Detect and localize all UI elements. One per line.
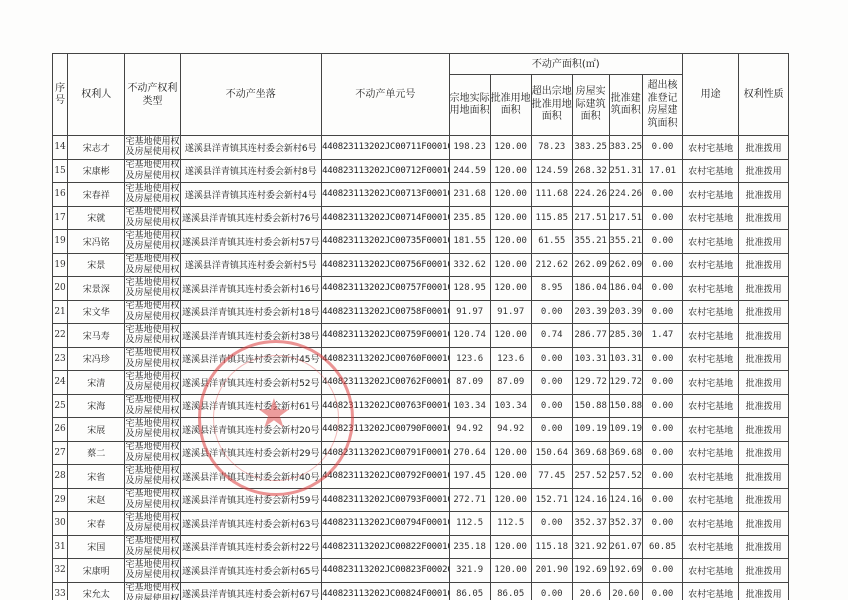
table-row: 16宋春祥宅基地使用权及房屋使用权遂溪县洋青镇其连村委会新村4号44082311…	[53, 183, 789, 207]
cell-right-type: 宅基地使用权及房屋使用权	[125, 394, 180, 418]
cell-land-actual: 235.85	[449, 206, 490, 230]
table-row: 22宋马寿宅基地使用权及房屋使用权遂溪县洋青镇其连村委会新村38号4408231…	[53, 324, 789, 348]
cell-nature: 批准拨用	[739, 441, 789, 465]
cell-land-actual: 244.59	[449, 159, 490, 183]
cell-right-type: 宅基地使用权及房屋使用权	[125, 300, 180, 324]
cell-use: 农村宅基地	[683, 465, 739, 489]
cell-building-approved: 109.19	[609, 418, 643, 442]
cell-building-approved: 261.07	[609, 535, 643, 559]
cell-land-actual: 120.74	[449, 324, 490, 348]
cell-nature: 批准拨用	[739, 206, 789, 230]
cell-unit-no: 440823113202JC00756F00010001	[322, 253, 450, 277]
cell-building-excess: 0.00	[643, 582, 683, 600]
cell-nature: 批准拨用	[739, 347, 789, 371]
cell-building-actual: 20.6	[572, 582, 609, 600]
cell-land-actual: 272.71	[449, 488, 490, 512]
cell-building-excess: 0.00	[643, 488, 683, 512]
cell-holder: 宋景深	[68, 277, 125, 301]
cell-land-approved: 120.00	[490, 253, 531, 277]
cell-holder: 宋康彬	[68, 159, 125, 183]
cell-building-actual: 217.51	[572, 206, 609, 230]
cell-land-approved: 120.00	[490, 535, 531, 559]
table-row: 30宋春宅基地使用权及房屋使用权遂溪县洋青镇其连村委会新村63号44082311…	[53, 512, 789, 536]
cell-building-excess: 0.00	[643, 465, 683, 489]
cell-use: 农村宅基地	[683, 394, 739, 418]
cell-use: 农村宅基地	[683, 183, 739, 207]
cell-building-actual: 150.88	[572, 394, 609, 418]
header-location: 不动产坐落	[180, 54, 322, 136]
cell-building-excess: 0.00	[643, 206, 683, 230]
header-area-col: 超出宗地批准用地面积	[531, 75, 572, 136]
cell-unit-no: 440823113202JC00793F00010001	[322, 488, 450, 512]
cell-land-excess: 0.00	[531, 394, 572, 418]
cell-unit-no: 440823113202JC00711F00010001	[322, 136, 450, 160]
cell-building-approved: 369.68	[609, 441, 643, 465]
cell-use: 农村宅基地	[683, 206, 739, 230]
cell-right-type: 宅基地使用权及房屋使用权	[125, 206, 180, 230]
cell-seq: 24	[53, 371, 68, 395]
cell-building-approved: 129.72	[609, 371, 643, 395]
cell-building-approved: 257.52	[609, 465, 643, 489]
cell-holder: 宋就	[68, 206, 125, 230]
cell-seq: 25	[53, 394, 68, 418]
cell-holder: 宋海	[68, 394, 125, 418]
cell-unit-no: 440823113202JC00762F00010001	[322, 371, 450, 395]
cell-location: 遂溪县洋青镇其连村委会新村4号	[180, 183, 322, 207]
cell-holder: 宋国	[68, 535, 125, 559]
table-row: 31宋国宅基地使用权及房屋使用权遂溪县洋青镇其连村委会新村22号44082311…	[53, 535, 789, 559]
cell-unit-no: 440823113202JC00822F00010001	[322, 535, 450, 559]
table-row: 26宋展宅基地使用权及房屋使用权遂溪县洋青镇其连村委会新村20号44082311…	[53, 418, 789, 442]
cell-right-type: 宅基地使用权及房屋使用权	[125, 418, 180, 442]
cell-location: 遂溪县洋青镇其连村委会新村16号	[180, 277, 322, 301]
cell-land-excess: 0.00	[531, 300, 572, 324]
cell-land-approved: 120.00	[490, 277, 531, 301]
cell-location: 遂溪县洋青镇其连村委会新村6号	[180, 136, 322, 160]
cell-building-excess: 0.00	[643, 347, 683, 371]
cell-right-type: 宅基地使用权及房屋使用权	[125, 512, 180, 536]
cell-land-approved: 120.00	[490, 488, 531, 512]
cell-building-approved: 186.04	[609, 277, 643, 301]
cell-location: 遂溪县洋青镇其连村委会新村8号	[180, 159, 322, 183]
cell-location: 遂溪县洋青镇其连村委会新村20号	[180, 418, 322, 442]
cell-unit-no: 440823113202JC00713F00010001	[322, 183, 450, 207]
cell-seq: 20	[53, 277, 68, 301]
cell-land-excess: 0.00	[531, 371, 572, 395]
cell-land-excess: 0.00	[531, 347, 572, 371]
cell-seq: 22	[53, 324, 68, 348]
cell-nature: 批准拨用	[739, 183, 789, 207]
cell-land-actual: 87.09	[449, 371, 490, 395]
cell-seq: 23	[53, 347, 68, 371]
cell-right-type: 宅基地使用权及房屋使用权	[125, 535, 180, 559]
header-area-col: 房屋实际建筑面积	[572, 75, 609, 136]
table-row: 25宋海宅基地使用权及房屋使用权遂溪县洋青镇其连村委会新村61号44082311…	[53, 394, 789, 418]
cell-land-approved: 112.5	[490, 512, 531, 536]
cell-building-excess: 0.00	[643, 441, 683, 465]
table-row: 23宋冯珍宅基地使用权及房屋使用权遂溪县洋青镇其连村委会新村45号4408231…	[53, 347, 789, 371]
cell-holder: 宋志才	[68, 136, 125, 160]
table-row: 14宋志才宅基地使用权及房屋使用权遂溪县洋青镇其连村委会新村6号44082311…	[53, 136, 789, 160]
cell-location: 遂溪县洋青镇其连村委会新村5号	[180, 253, 322, 277]
cell-unit-no: 440823113202JC00757F00010001	[322, 277, 450, 301]
scanned-document-page: 序号 权利人 不动产权利类型 不动产坐落 不动产单元号 不动产面积(㎡) 用途 …	[0, 0, 848, 600]
cell-location: 遂溪县洋青镇其连村委会新村59号	[180, 488, 322, 512]
cell-location: 遂溪县洋青镇其连村委会新村22号	[180, 535, 322, 559]
cell-building-approved: 355.21	[609, 230, 643, 254]
cell-nature: 批准拨用	[739, 159, 789, 183]
cell-land-actual: 181.55	[449, 230, 490, 254]
table-row: 21宋文华宅基地使用权及房屋使用权遂溪县洋青镇其连村委会新村18号4408231…	[53, 300, 789, 324]
cell-unit-no: 440823113202JC00794F00010001	[322, 512, 450, 536]
cell-holder: 宋冯铭	[68, 230, 125, 254]
cell-unit-no: 440823113202JC00759F00010001	[322, 324, 450, 348]
cell-holder: 宋康明	[68, 559, 125, 583]
cell-building-excess: 1.47	[643, 324, 683, 348]
cell-use: 农村宅基地	[683, 559, 739, 583]
cell-land-excess: 115.85	[531, 206, 572, 230]
cell-use: 农村宅基地	[683, 159, 739, 183]
cell-building-excess: 0.00	[643, 183, 683, 207]
cell-use: 农村宅基地	[683, 371, 739, 395]
cell-seq: 16	[53, 183, 68, 207]
cell-holder: 宋马寿	[68, 324, 125, 348]
cell-land-actual: 128.95	[449, 277, 490, 301]
cell-building-excess: 0.00	[643, 371, 683, 395]
header-area-col: 批准建筑面积	[609, 75, 643, 136]
cell-building-approved: 262.09	[609, 253, 643, 277]
cell-nature: 批准拨用	[739, 535, 789, 559]
cell-seq: 14	[53, 136, 68, 160]
cell-building-actual: 262.09	[572, 253, 609, 277]
cell-land-approved: 120.00	[490, 324, 531, 348]
cell-building-actual: 192.69	[572, 559, 609, 583]
cell-building-excess: 0.00	[643, 136, 683, 160]
cell-unit-no: 440823113202JC00823F00020001	[322, 559, 450, 583]
cell-right-type: 宅基地使用权及房屋使用权	[125, 347, 180, 371]
cell-location: 遂溪县洋青镇其连村委会新村52号	[180, 371, 322, 395]
cell-unit-no: 440823113202JC00712F00010001	[322, 159, 450, 183]
cell-seq: 27	[53, 441, 68, 465]
cell-use: 农村宅基地	[683, 253, 739, 277]
cell-nature: 批准拨用	[739, 465, 789, 489]
cell-building-actual: 257.52	[572, 465, 609, 489]
table-row: 27蔡二宅基地使用权及房屋使用权遂溪县洋青镇其连村委会新村29号44082311…	[53, 441, 789, 465]
cell-building-approved: 150.88	[609, 394, 643, 418]
table-row: 29宋赵宅基地使用权及房屋使用权遂溪县洋青镇其连村委会新村59号44082311…	[53, 488, 789, 512]
cell-building-approved: 217.51	[609, 206, 643, 230]
cell-building-excess: 0.00	[643, 512, 683, 536]
cell-location: 遂溪县洋青镇其连村委会新村63号	[180, 512, 322, 536]
header-unit-no: 不动产单元号	[322, 54, 450, 136]
cell-nature: 批准拨用	[739, 371, 789, 395]
cell-land-actual: 112.5	[449, 512, 490, 536]
cell-unit-no: 440823113202JC00791F00010001	[322, 441, 450, 465]
cell-building-actual: 203.39	[572, 300, 609, 324]
cell-building-approved: 251.31	[609, 159, 643, 183]
cell-right-type: 宅基地使用权及房屋使用权	[125, 465, 180, 489]
cell-nature: 批准拨用	[739, 324, 789, 348]
cell-land-excess: 8.95	[531, 277, 572, 301]
cell-land-approved: 123.6	[490, 347, 531, 371]
cell-holder: 宋文华	[68, 300, 125, 324]
cell-building-approved: 224.26	[609, 183, 643, 207]
cell-location: 遂溪县洋青镇其连村委会新村18号	[180, 300, 322, 324]
cell-land-approved: 120.00	[490, 441, 531, 465]
cell-location: 遂溪县洋青镇其连村委会新村76号	[180, 206, 322, 230]
cell-building-excess: 0.00	[643, 559, 683, 583]
cell-building-actual: 109.19	[572, 418, 609, 442]
cell-building-actual: 124.16	[572, 488, 609, 512]
cell-building-actual: 321.92	[572, 535, 609, 559]
cell-building-actual: 369.68	[572, 441, 609, 465]
cell-holder: 宋展	[68, 418, 125, 442]
cell-use: 农村宅基地	[683, 535, 739, 559]
header-area-group: 不动产面积(㎡)	[449, 54, 682, 75]
cell-right-type: 宅基地使用权及房屋使用权	[125, 159, 180, 183]
header-area-col: 批准用地面积	[490, 75, 531, 136]
cell-land-approved: 94.92	[490, 418, 531, 442]
cell-land-actual: 270.64	[449, 441, 490, 465]
cell-building-actual: 286.77	[572, 324, 609, 348]
cell-right-type: 宅基地使用权及房屋使用权	[125, 230, 180, 254]
cell-nature: 批准拨用	[739, 559, 789, 583]
cell-land-approved: 86.05	[490, 582, 531, 600]
cell-right-type: 宅基地使用权及房屋使用权	[125, 582, 180, 600]
cell-location: 遂溪县洋青镇其连村委会新村65号	[180, 559, 322, 583]
table-row: 33宋允太宅基地使用权及房屋使用权遂溪县洋青镇其连村委会新村67号4408231…	[53, 582, 789, 600]
cell-nature: 批准拨用	[739, 512, 789, 536]
table-row: 19宋景宅基地使用权及房屋使用权遂溪县洋青镇其连村委会新村5号440823113…	[53, 253, 789, 277]
cell-use: 农村宅基地	[683, 230, 739, 254]
cell-use: 农村宅基地	[683, 512, 739, 536]
cell-building-approved: 103.31	[609, 347, 643, 371]
cell-right-type: 宅基地使用权及房屋使用权	[125, 277, 180, 301]
cell-nature: 批准拨用	[739, 418, 789, 442]
cell-nature: 批准拨用	[739, 253, 789, 277]
cell-land-actual: 103.34	[449, 394, 490, 418]
cell-seq: 17	[53, 206, 68, 230]
cell-land-approved: 91.97	[490, 300, 531, 324]
cell-land-approved: 120.00	[490, 465, 531, 489]
cell-use: 农村宅基地	[683, 441, 739, 465]
cell-land-excess: 78.23	[531, 136, 572, 160]
cell-land-approved: 120.00	[490, 159, 531, 183]
cell-land-excess: 150.64	[531, 441, 572, 465]
cell-seq: 21	[53, 300, 68, 324]
header-nature: 权利性质	[739, 54, 789, 136]
cell-location: 遂溪县洋青镇其连村委会新村57号	[180, 230, 322, 254]
cell-location: 遂溪县洋青镇其连村委会新村38号	[180, 324, 322, 348]
cell-building-approved: 20.60	[609, 582, 643, 600]
cell-land-actual: 94.92	[449, 418, 490, 442]
cell-holder: 宋春祥	[68, 183, 125, 207]
cell-building-excess: 17.01	[643, 159, 683, 183]
cell-location: 遂溪县洋青镇其连村委会新村29号	[180, 441, 322, 465]
cell-right-type: 宅基地使用权及房屋使用权	[125, 559, 180, 583]
cell-building-excess: 0.00	[643, 277, 683, 301]
cell-land-approved: 120.00	[490, 559, 531, 583]
cell-building-actual: 224.26	[572, 183, 609, 207]
cell-land-actual: 123.6	[449, 347, 490, 371]
cell-unit-no: 440823113202JC00824F00010001	[322, 582, 450, 600]
cell-land-excess: 77.45	[531, 465, 572, 489]
property-registry-table: 序号 权利人 不动产权利类型 不动产坐落 不动产单元号 不动产面积(㎡) 用途 …	[52, 53, 789, 600]
cell-seq: 30	[53, 512, 68, 536]
cell-nature: 批准拨用	[739, 300, 789, 324]
cell-seq: 26	[53, 418, 68, 442]
cell-seq: 28	[53, 465, 68, 489]
cell-nature: 批准拨用	[739, 394, 789, 418]
header-right-type: 不动产权利类型	[125, 54, 180, 136]
cell-land-actual: 321.9	[449, 559, 490, 583]
cell-land-excess: 0.00	[531, 418, 572, 442]
cell-use: 农村宅基地	[683, 277, 739, 301]
cell-holder: 蔡二	[68, 441, 125, 465]
cell-seq: 32	[53, 559, 68, 583]
cell-land-approved: 87.09	[490, 371, 531, 395]
cell-land-actual: 197.45	[449, 465, 490, 489]
cell-building-approved: 203.39	[609, 300, 643, 324]
cell-building-actual: 129.72	[572, 371, 609, 395]
cell-holder: 宋允太	[68, 582, 125, 600]
cell-nature: 批准拨用	[739, 230, 789, 254]
cell-land-excess: 201.90	[531, 559, 572, 583]
cell-right-type: 宅基地使用权及房屋使用权	[125, 488, 180, 512]
cell-land-excess: 0.00	[531, 512, 572, 536]
cell-building-excess: 0.00	[643, 230, 683, 254]
table-row: 15宋康彬宅基地使用权及房屋使用权遂溪县洋青镇其连村委会新村8号44082311…	[53, 159, 789, 183]
cell-seq: 31	[53, 535, 68, 559]
cell-building-approved: 383.25	[609, 136, 643, 160]
cell-location: 遂溪县洋青镇其连村委会新村67号	[180, 582, 322, 600]
cell-land-actual: 231.68	[449, 183, 490, 207]
table-row: 24宋清宅基地使用权及房屋使用权遂溪县洋青镇其连村委会新村52号44082311…	[53, 371, 789, 395]
cell-right-type: 宅基地使用权及房屋使用权	[125, 371, 180, 395]
cell-building-actual: 383.25	[572, 136, 609, 160]
cell-location: 遂溪县洋青镇其连村委会新村40号	[180, 465, 322, 489]
header-area-col: 超出核准登记房屋建筑面积	[643, 75, 683, 136]
cell-seq: 19	[53, 253, 68, 277]
cell-building-actual: 355.21	[572, 230, 609, 254]
cell-land-excess: 124.59	[531, 159, 572, 183]
cell-right-type: 宅基地使用权及房屋使用权	[125, 183, 180, 207]
cell-nature: 批准拨用	[739, 488, 789, 512]
cell-building-approved: 192.69	[609, 559, 643, 583]
cell-use: 农村宅基地	[683, 324, 739, 348]
cell-land-excess: 61.55	[531, 230, 572, 254]
cell-land-approved: 120.00	[490, 136, 531, 160]
cell-seq: 33	[53, 582, 68, 600]
table-row: 19宋冯铭宅基地使用权及房屋使用权遂溪县洋青镇其连村委会新村57号4408231…	[53, 230, 789, 254]
cell-land-approved: 103.34	[490, 394, 531, 418]
cell-building-excess: 0.00	[643, 418, 683, 442]
cell-use: 农村宅基地	[683, 300, 739, 324]
cell-holder: 宋冯珍	[68, 347, 125, 371]
cell-use: 农村宅基地	[683, 582, 739, 600]
cell-unit-no: 440823113202JC00763F00010001	[322, 394, 450, 418]
cell-land-excess: 115.18	[531, 535, 572, 559]
cell-land-actual: 235.18	[449, 535, 490, 559]
cell-building-actual: 352.37	[572, 512, 609, 536]
cell-land-excess: 111.68	[531, 183, 572, 207]
cell-holder: 宋清	[68, 371, 125, 395]
header-holder: 权利人	[68, 54, 125, 136]
cell-building-actual: 186.04	[572, 277, 609, 301]
cell-land-excess: 152.71	[531, 488, 572, 512]
cell-seq: 29	[53, 488, 68, 512]
cell-building-excess: 0.00	[643, 394, 683, 418]
cell-right-type: 宅基地使用权及房屋使用权	[125, 441, 180, 465]
cell-building-approved: 352.37	[609, 512, 643, 536]
cell-unit-no: 440823113202JC00790F00010001	[322, 418, 450, 442]
cell-holder: 宋景	[68, 253, 125, 277]
cell-land-approved: 120.00	[490, 206, 531, 230]
cell-use: 农村宅基地	[683, 488, 739, 512]
cell-holder: 宋省	[68, 465, 125, 489]
cell-right-type: 宅基地使用权及房屋使用权	[125, 136, 180, 160]
cell-building-excess: 0.00	[643, 253, 683, 277]
cell-building-excess: 60.85	[643, 535, 683, 559]
cell-building-approved: 124.16	[609, 488, 643, 512]
cell-unit-no: 440823113202JC00735F00010001	[322, 230, 450, 254]
cell-use: 农村宅基地	[683, 136, 739, 160]
cell-holder: 宋春	[68, 512, 125, 536]
cell-land-approved: 120.00	[490, 183, 531, 207]
cell-location: 遂溪县洋青镇其连村委会新村61号	[180, 394, 322, 418]
cell-use: 农村宅基地	[683, 418, 739, 442]
cell-land-actual: 198.23	[449, 136, 490, 160]
cell-building-actual: 268.32	[572, 159, 609, 183]
cell-building-excess: 0.00	[643, 300, 683, 324]
table-row: 17宋就宅基地使用权及房屋使用权遂溪县洋青镇其连村委会新村76号44082311…	[53, 206, 789, 230]
cell-land-actual: 91.97	[449, 300, 490, 324]
cell-unit-no: 440823113202JC00760F00010001	[322, 347, 450, 371]
cell-seq: 19	[53, 230, 68, 254]
cell-land-excess: 0.74	[531, 324, 572, 348]
cell-unit-no: 440823113202JC00758F00010001	[322, 300, 450, 324]
header-area-col: 宗地实际用地面积	[449, 75, 490, 136]
cell-building-actual: 103.31	[572, 347, 609, 371]
cell-seq: 15	[53, 159, 68, 183]
cell-right-type: 宅基地使用权及房屋使用权	[125, 324, 180, 348]
cell-location: 遂溪县洋青镇其连村委会新村45号	[180, 347, 322, 371]
table-row: 28宋省宅基地使用权及房屋使用权遂溪县洋青镇其连村委会新村40号44082311…	[53, 465, 789, 489]
header-seq: 序号	[53, 54, 68, 136]
table-row: 32宋康明宅基地使用权及房屋使用权遂溪县洋青镇其连村委会新村65号4408231…	[53, 559, 789, 583]
cell-land-excess: 212.62	[531, 253, 572, 277]
header-use: 用途	[683, 54, 739, 136]
cell-holder: 宋赵	[68, 488, 125, 512]
cell-building-approved: 285.30	[609, 324, 643, 348]
cell-nature: 批准拨用	[739, 582, 789, 600]
cell-nature: 批准拨用	[739, 277, 789, 301]
cell-use: 农村宅基地	[683, 347, 739, 371]
cell-land-actual: 86.05	[449, 582, 490, 600]
cell-land-approved: 120.00	[490, 230, 531, 254]
table-row: 20宋景深宅基地使用权及房屋使用权遂溪县洋青镇其连村委会新村16号4408231…	[53, 277, 789, 301]
cell-unit-no: 440823113202JC00714F00010001	[322, 206, 450, 230]
cell-right-type: 宅基地使用权及房屋使用权	[125, 253, 180, 277]
cell-nature: 批准拨用	[739, 136, 789, 160]
cell-land-actual: 332.62	[449, 253, 490, 277]
cell-land-excess: 0.00	[531, 582, 572, 600]
cell-unit-no: 440823113202JC00792F00010001	[322, 465, 450, 489]
